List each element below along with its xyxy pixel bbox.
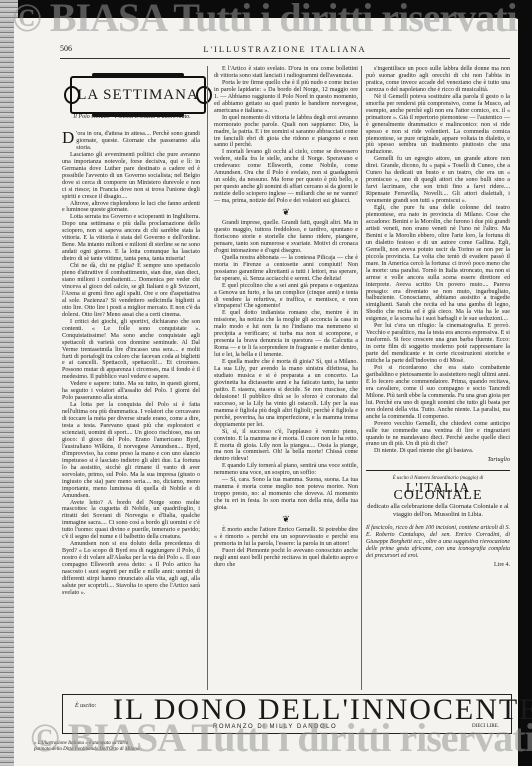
column-title-banner: LA SETTIMANA (70, 76, 206, 114)
ad-description: dedicato alla celebrazione della Giornat… (366, 503, 510, 519)
paragraph: I mortali levano gli occhi al cielo, com… (214, 149, 358, 205)
banner-ornament-left-icon (64, 86, 80, 104)
paragraph: I critici dei giochi, gli sportivi, dich… (62, 319, 200, 382)
paragraph: E quel piccolino che a sei anni già prep… (214, 283, 358, 311)
dropcap: D (62, 131, 74, 145)
paragraph: s'ingentilisce un poco sulle labbra dell… (366, 66, 510, 94)
column-divider (361, 66, 362, 690)
paragraph: Vedere e sapere: tutto. Ma su tutto, in … (62, 381, 200, 402)
paragraph: È morto anche l'attore Enrico Gemelli. S… (214, 527, 358, 548)
author-signature: Tartuglio (366, 457, 510, 464)
paragraph: E quella madre che è morta di gioia? Sì,… (214, 359, 358, 429)
paragraph: Nè il Gemelli poteva sostituire alla par… (366, 94, 510, 157)
paragraph: Per lui c'era un rifugio: la cinematogra… (366, 323, 510, 365)
paragraph: Chi ne dà, chi ne piglia? È sempre uno s… (62, 263, 200, 319)
paragraph: Quella nostra abbonata — la contessa Pil… (214, 255, 358, 283)
page-header: 506 L'ILLUSTRAZIONE ITALIANA (60, 44, 510, 58)
paragraph: Amundsen non si era doluto della precede… (62, 541, 200, 597)
paragraph: Fuori del Piemonte pochi lo avevano cono… (214, 548, 358, 569)
paragraph: In quel momento di vittoria le labbra de… (214, 115, 358, 150)
paragraph: La lotta per la conquista del Polo si è … (62, 402, 200, 499)
paragraph: Di niente. Di quel niente che gli bastav… (366, 448, 510, 455)
column-subtitle: Il Polo svelato. - Piccola cronaca. L'at… (62, 114, 202, 121)
magazine-title: L'ILLUSTRAZIONE ITALIANA (60, 44, 510, 54)
paragraph: Gemelli fu un egregio attore, un grande … (366, 156, 510, 205)
paragraph: Porta le tre firme quello che è il più n… (214, 80, 358, 115)
paragraph: E quando Lily tornerà al piano, sentirà … (214, 463, 358, 477)
paragraph: Povero vecchio Gemelli, che chiedevi com… (366, 421, 510, 449)
banner-ornament-top (92, 73, 184, 77)
header-rule (60, 58, 510, 59)
paragraph: Egli, che pure fu una delle colonne del … (366, 205, 510, 323)
scan-edge-right (518, 0, 532, 766)
paragraph: Lasciamo gli avvenimenti politici che pu… (62, 152, 200, 201)
paragraph: Sì, sì, il successo c'è, l'applauso è ve… (214, 429, 358, 464)
column-title: LA SETTIMANA (77, 87, 199, 104)
watermark-top: © BIASA Tutti i diritti riservati (12, 0, 517, 41)
paragraph: 'ora in ora, d'attesa in attesa.... Perc… (76, 131, 200, 151)
banner-ornament-right-icon (196, 86, 212, 104)
paragraph: Poi si ricordarono che era stato combatt… (366, 365, 510, 421)
column-3: s'ingentilisce un poco sulle labbra dell… (366, 66, 510, 569)
ad-body: Il fascicolo, ricco di ben 100 incisioni… (366, 525, 510, 560)
ad-divider (366, 470, 510, 471)
ad-title: L'ITALIA COLONIALE (366, 486, 510, 500)
ad-price: Lire 4. (366, 562, 510, 569)
paragraph: Altrove, altrove risplendono le luci che… (62, 201, 200, 215)
paragraph: Lotta serrata tra Governo e scioperanti … (62, 214, 200, 263)
column-divider (207, 66, 208, 690)
section-separator-icon: ❦ (214, 516, 358, 523)
book-ad-intro: È uscito: (75, 703, 97, 709)
paragraph: Grandi imprese, quelle. Grandi fatti, qu… (214, 220, 358, 255)
paragraph: E l'Artico è stato svelato. D'ora in ora… (214, 66, 358, 80)
paragraph: Avete letto? A bordo del Norge sono molt… (62, 500, 200, 542)
column-2: E l'Artico è stato svelato. D'ora in ora… (214, 66, 358, 569)
paragraph: E quel dotto indianista romano che, ment… (214, 310, 358, 359)
paragraph: — Sì, cara. Sono la tua mamma. Suona, su… (214, 477, 358, 512)
column-1: D'ora in ora, d'attesa in attesa.... Per… (62, 131, 200, 597)
watermark-bottom: © BIASA Tutti i diritti riservati (30, 714, 532, 761)
section-separator-icon: ❦ (214, 209, 358, 216)
